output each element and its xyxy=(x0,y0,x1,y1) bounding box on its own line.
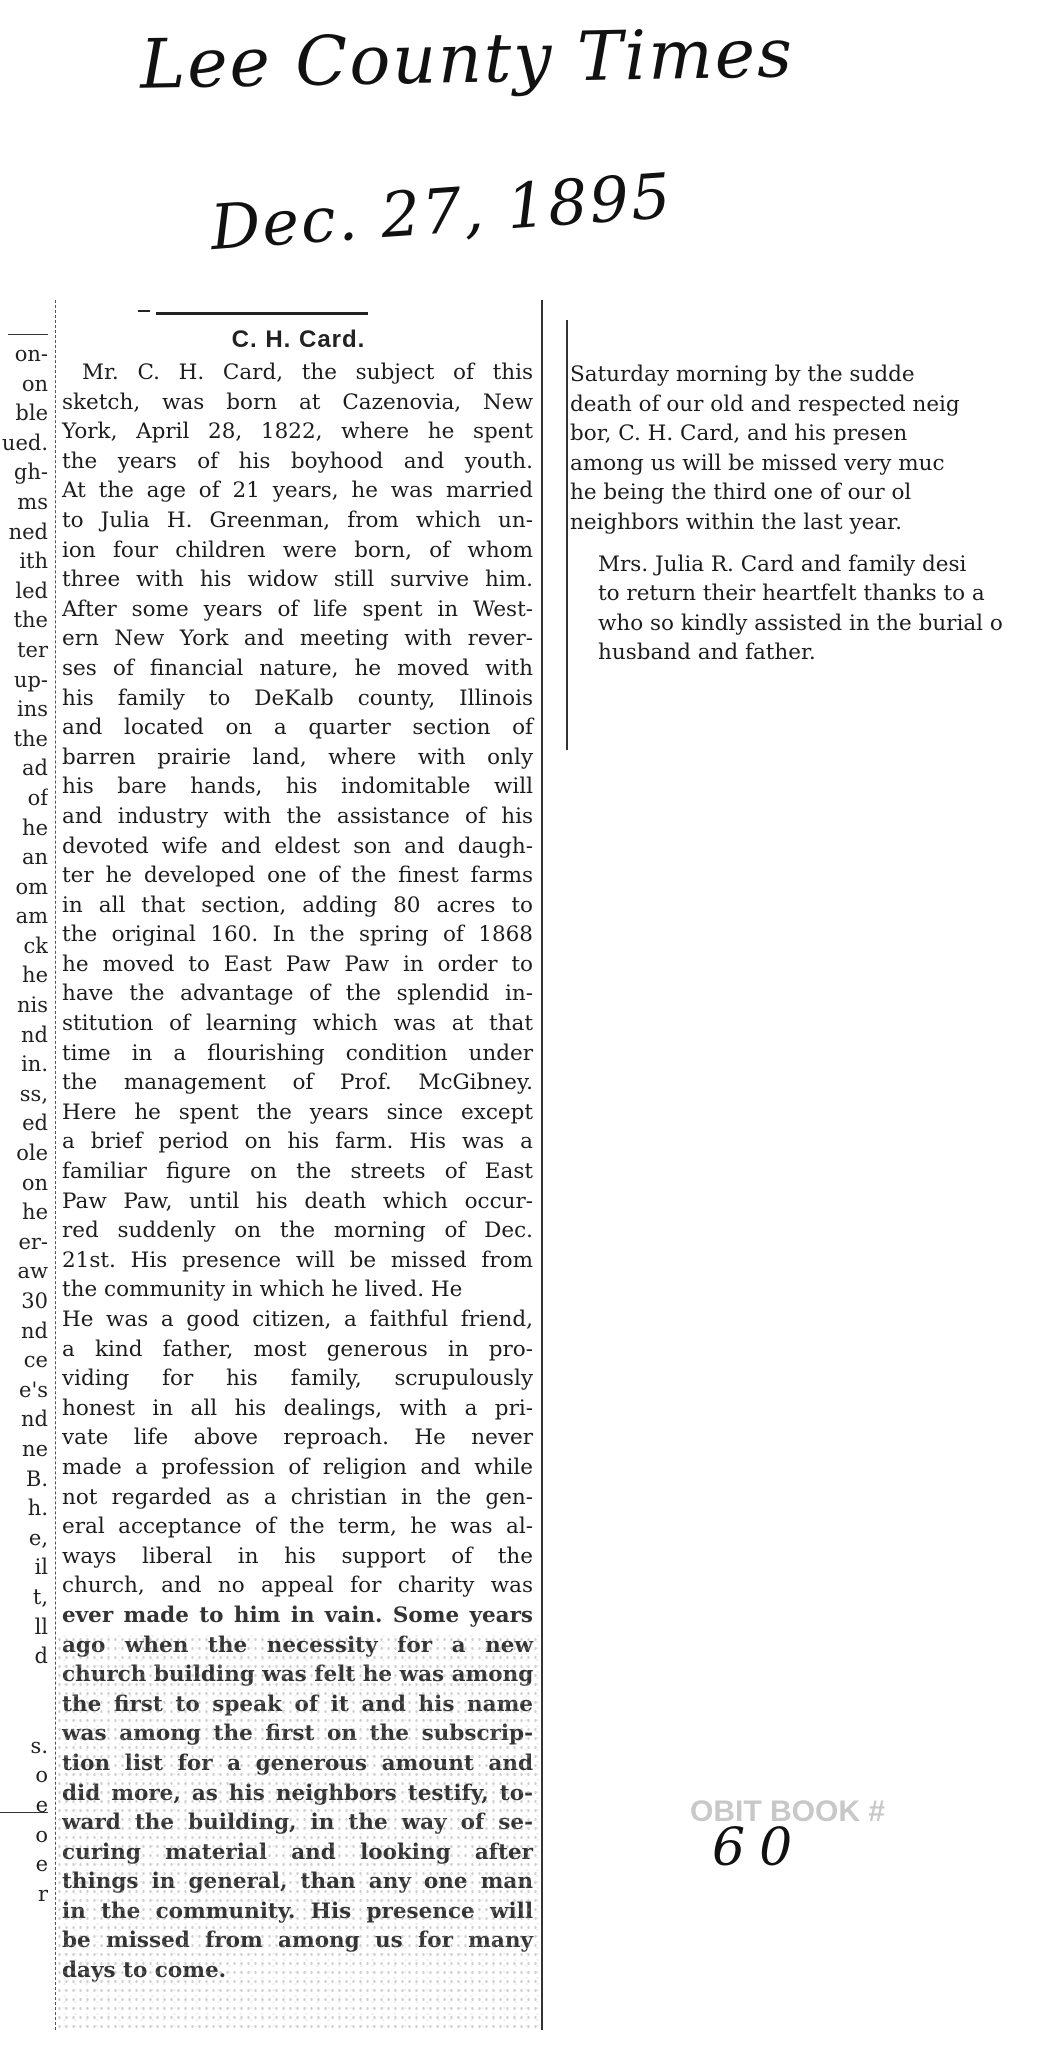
notice-line: neighbors within the last year. xyxy=(570,508,1053,538)
fragment-line: om xyxy=(0,873,48,903)
fragment-line: ne xyxy=(0,1435,48,1465)
fragment-line: e, xyxy=(0,1524,48,1554)
fragment-line: B. xyxy=(0,1465,48,1495)
fragment-line: o xyxy=(0,1821,48,1851)
obituary-line: his bare hands, his indomitable will xyxy=(62,772,533,802)
obituary-line: vate life above reproach. He never xyxy=(62,1423,533,1453)
obituary-line: be missed from among us for many xyxy=(62,1926,533,1956)
obituary-line: the community in which he lived. He xyxy=(62,1275,533,1305)
fragment-line: ad xyxy=(0,754,48,784)
fragment-line: d xyxy=(0,1642,48,1672)
fragment-line: on xyxy=(0,1169,48,1199)
obituary-line: York, April 28, 1822, where he spent xyxy=(62,417,533,447)
obituary-line: he moved to East Paw Paw in order to xyxy=(62,950,533,980)
fragment-line: an xyxy=(0,843,48,873)
obituary-line: time in a flourishing condition under xyxy=(62,1039,533,1069)
left-column-rule xyxy=(8,334,48,335)
fragment-line: of xyxy=(0,784,48,814)
fragment-line: ued. xyxy=(0,429,48,459)
fragment-line: up- xyxy=(0,666,48,696)
fragment-line: t, xyxy=(0,1583,48,1613)
obituary-line: curing material and looking after xyxy=(62,1838,533,1868)
obituary-line: his family to DeKalb county, Illinois xyxy=(62,684,533,714)
obituary-line: things in general, than any one man xyxy=(62,1867,533,1897)
notice-line: Saturday morning by the sudde xyxy=(570,360,1053,390)
obituary-line: Paw Paw, until his death which occur- xyxy=(62,1187,533,1217)
obituary-line: have the advantage of the splendid in- xyxy=(62,979,533,1009)
fragment-line: in. xyxy=(0,1050,48,1080)
fragment-line: ck xyxy=(0,932,48,962)
obituary-line: the years of his boyhood and youth. xyxy=(62,447,533,477)
left-column-divider xyxy=(0,1812,48,1813)
fragment-line: ed xyxy=(0,1109,48,1139)
obituary-line: to Julia H. Greenman, from which un- xyxy=(62,506,533,536)
obituary-line: ses of financial nature, he moved with xyxy=(62,654,533,684)
obituary-line: in the community. His presence will xyxy=(62,1897,533,1927)
fragment-line: ms xyxy=(0,488,48,518)
obituary-line: and industry with the assistance of his xyxy=(62,802,533,832)
obituary-line: Mr. C. H. Card, the subject of this xyxy=(62,358,533,388)
fragment-line: on xyxy=(0,370,48,400)
fragment-line: led xyxy=(0,577,48,607)
fragment-line: am xyxy=(0,902,48,932)
fragment-gap xyxy=(0,1672,48,1732)
fragment-line: il xyxy=(0,1553,48,1583)
card-of-thanks-paragraph: Mrs. Julia R. Card and family desito ret… xyxy=(570,550,1053,668)
fragment-line: on- xyxy=(0,340,48,370)
fragment-line: he xyxy=(0,961,48,991)
obituary-line: ter he developed one of the finest farms xyxy=(62,861,533,891)
obituary-line: ern New York and meeting with rever- xyxy=(62,624,533,654)
obituary-line: 21st. His presence will be missed from xyxy=(62,1246,533,1276)
obituary-column: C. H. Card. Mr. C. H. Card, the subject … xyxy=(55,300,543,2030)
obituary-line: sketch, was born at Cazenovia, New xyxy=(62,388,533,418)
fragment-line: o xyxy=(0,1761,48,1791)
obituary-line: Here he spent the years since except xyxy=(62,1098,533,1128)
obituary-line: not regarded as a christian in the gen- xyxy=(62,1483,533,1513)
notice-line: among us will be missed very muc xyxy=(570,449,1053,479)
right-column: Saturday morning by the suddedeath of ou… xyxy=(570,360,1053,680)
fragment-line: ith xyxy=(0,547,48,577)
obituary-line: in all that section, adding 80 acres to xyxy=(62,891,533,921)
fragment-line: nd xyxy=(0,1405,48,1435)
fragment-line: nd xyxy=(0,1021,48,1051)
thanks-line: who so kindly assisted in the burial o xyxy=(570,609,1053,639)
obituary-line: the original 160. In the spring of 1868 xyxy=(62,920,533,950)
obituary-line: ways liberal in his support of the xyxy=(62,1542,533,1572)
obituary-line: ever made to him in vain. Some years xyxy=(62,1601,533,1631)
fragment-line: e's xyxy=(0,1376,48,1406)
fragment-line: the xyxy=(0,725,48,755)
handwritten-newspaper-name: Lee County Times xyxy=(139,14,794,104)
obituary-line: stitution of learning which was at that xyxy=(62,1009,533,1039)
fragment-line: ole xyxy=(0,1139,48,1169)
thanks-line: husband and father. xyxy=(570,638,1053,668)
fragment-line: e xyxy=(0,1850,48,1880)
obit-book-number: 60 xyxy=(712,1818,806,1878)
obituary-line: tion list for a generous amount and xyxy=(62,1749,533,1779)
left-column-fragment: on-onbleued.gh-msnedithledtheterup-insth… xyxy=(0,340,48,1909)
obituary-line: and located on a quarter section of xyxy=(62,713,533,743)
fragment-line: ss, xyxy=(0,1080,48,1110)
headline-rule-dash xyxy=(138,310,150,312)
obituary-line: the management of Prof. McGibney. xyxy=(62,1068,533,1098)
obituary-line: days to come. xyxy=(62,1956,533,1986)
notice-line: bor, C. H. Card, and his presen xyxy=(570,419,1053,449)
fragment-line: ll xyxy=(0,1613,48,1643)
obituary-line: ion four children were born, of whom xyxy=(62,536,533,566)
fragment-line: ins xyxy=(0,695,48,725)
fragment-line: s. xyxy=(0,1732,48,1762)
fragment-line: ble xyxy=(0,399,48,429)
fragment-line: nis xyxy=(0,991,48,1021)
obituary-line: ago when the necessity for a new xyxy=(62,1631,533,1661)
obituary-line: eral acceptance of the term, he was al- xyxy=(62,1512,533,1542)
notice-line: he being the third one of our ol xyxy=(570,478,1053,508)
obituary-line: red suddenly on the morning of Dec. xyxy=(62,1216,533,1246)
notice-line: death of our old and respected neig xyxy=(570,390,1053,420)
column-divider xyxy=(566,320,568,750)
obituary-line: ward the building, in the way of se- xyxy=(62,1808,533,1838)
obituary-line: did more, as his neighbors testify, to- xyxy=(62,1779,533,1809)
obituary-line: familiar figure on the streets of East xyxy=(62,1157,533,1187)
obituary-line: a kind father, most generous in pro- xyxy=(62,1335,533,1365)
fragment-line: 30 xyxy=(0,1287,48,1317)
fragment-line: r xyxy=(0,1880,48,1910)
fragment-line: er- xyxy=(0,1228,48,1258)
obituary-line: After some years of life spent in West- xyxy=(62,595,533,625)
obituary-line: He was a good citizen, a faithful friend… xyxy=(62,1305,533,1335)
fragment-line: nd xyxy=(0,1317,48,1347)
obituary-line: the first to speak of it and his name xyxy=(62,1690,533,1720)
obituary-line: viding for his family, scrupulously xyxy=(62,1364,533,1394)
fragment-line: ce xyxy=(0,1346,48,1376)
obituary-line: church, and no appeal for charity was xyxy=(62,1571,533,1601)
fragment-line: ter xyxy=(0,636,48,666)
obituary-title: C. H. Card. xyxy=(56,326,541,354)
thanks-line: to return their heartfelt thanks to a xyxy=(570,579,1053,609)
fragment-line: h. xyxy=(0,1494,48,1524)
fragment-line: the xyxy=(0,606,48,636)
handwritten-date: Dec. 27, 1895 xyxy=(208,159,675,264)
obituary-line: made a profession of religion and while xyxy=(62,1453,533,1483)
fragment-line: he xyxy=(0,1198,48,1228)
headline-rule xyxy=(156,312,368,315)
obituary-line: a brief period on his farm. His was a xyxy=(62,1127,533,1157)
obituary-line: was among the first on the subscrip- xyxy=(62,1719,533,1749)
fragment-line: ned xyxy=(0,518,48,548)
obituary-line: At the age of 21 years, he was married xyxy=(62,476,533,506)
fragment-line: he xyxy=(0,814,48,844)
obituary-line: honest in all his dealings, with a pri- xyxy=(62,1394,533,1424)
obituary-line: barren prairie land, where with only xyxy=(62,743,533,773)
obituary-line: devoted wife and eldest son and daugh- xyxy=(62,832,533,862)
neighbor-notice-paragraph: Saturday morning by the suddedeath of ou… xyxy=(570,360,1053,538)
thanks-line: Mrs. Julia R. Card and family desi xyxy=(570,550,1053,580)
obituary-body: Mr. C. H. Card, the subject of thissketc… xyxy=(62,358,533,1986)
fragment-line: aw xyxy=(0,1257,48,1287)
fragment-line: gh- xyxy=(0,458,48,488)
fragment-line: e xyxy=(0,1791,48,1821)
obituary-line: church building was felt he was among xyxy=(62,1660,533,1690)
obituary-line: three with his widow still survive him. xyxy=(62,565,533,595)
